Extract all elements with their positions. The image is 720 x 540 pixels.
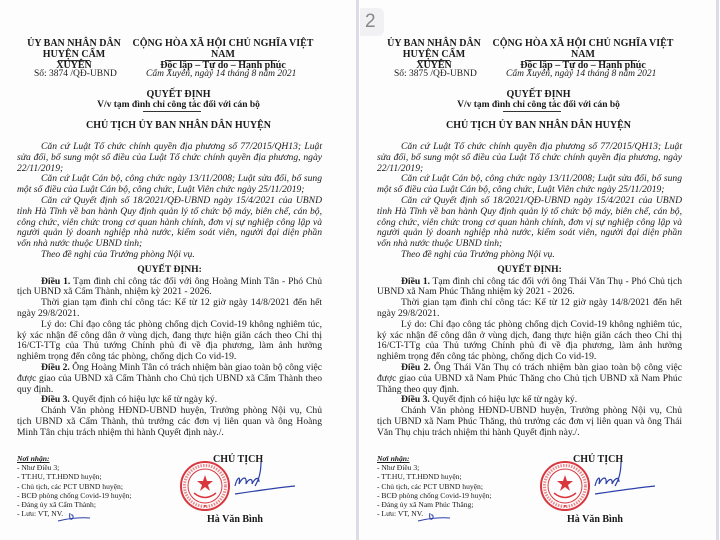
national-motto: CỘNG HÒA XÃ HỘI CHỦ NGHĨA VIỆT NAM Độc l… — [128, 38, 318, 71]
closing-paragraph: Chánh Văn phòng HĐND-UBND huyện, Trưởng … — [377, 406, 682, 438]
underline — [503, 111, 561, 112]
underline — [418, 60, 450, 61]
signer-name: Hà Văn Bình — [567, 514, 623, 525]
preamble-item: Căn cứ Quyết định số 18/2021/QĐ-UBND ngà… — [377, 196, 682, 250]
document-title: QUYẾT ĐỊNH — [360, 89, 717, 100]
preamble-item: Căn cứ Luật Tổ chức chính quyền địa phươ… — [377, 142, 682, 174]
issuing-agency: ỦY BAN NHÂN DÂN HUYỆN CẨM XUYÊN — [26, 38, 122, 71]
decision-document-3875: ỦY BAN NHÂN DÂN HUYỆN CẨM XUYÊN CỘNG HÒA… — [360, 0, 717, 540]
underline — [58, 60, 90, 61]
preamble-item: Căn cứ Luật Cán bộ, công chức ngày 13/11… — [17, 174, 322, 196]
article-1: Điều 1. Tạm đình chỉ công tác đối với ôn… — [17, 277, 322, 299]
document-body: Căn cứ Luật Tổ chức chính quyền địa phươ… — [377, 142, 682, 439]
article-1-reason: Lý do: Chỉ đạo công tác phòng chống dịch… — [17, 320, 322, 363]
page-divider — [356, 0, 359, 540]
preamble-item: Căn cứ Quyết định số 18/2021/QĐ-UBND ngà… — [17, 196, 322, 250]
preamble-item: Căn cứ Luật Tổ chức chính quyền địa phươ… — [17, 142, 322, 174]
article-1: Điều 1. Tạm đình chỉ công tác đối với ôn… — [377, 277, 682, 299]
issuing-authority: CHỦ TỊCH ỦY BAN NHÂN DÂN HUYỆN — [0, 120, 357, 131]
preamble-item: Căn cứ Luật Cán bộ, công chức ngày 13/11… — [377, 174, 682, 196]
decision-heading: QUYẾT ĐỊNH: — [377, 265, 682, 276]
document-number: Số: 3874 /QĐ-UBND — [34, 69, 117, 79]
article-1-period: Thời gian tạm đình chỉ công tác: Kể từ 1… — [377, 298, 682, 320]
issuing-agency: ỦY BAN NHÂN DÂN HUYỆN CẨM XUYÊN — [386, 38, 482, 71]
underline — [525, 60, 637, 61]
preamble-item: Theo đề nghị của Trưởng phòng Nội vụ. — [17, 250, 322, 261]
decision-heading: QUYẾT ĐỊNH: — [17, 265, 322, 276]
article-2: Điều 2. Ông Hoàng Minh Tân có trách nhiệ… — [17, 363, 322, 395]
scrollbar-track[interactable] — [716, 0, 719, 540]
document-subject: V/v tạm đình chỉ công tác đối với cán bộ — [0, 100, 357, 110]
signature-block: CHỦ TỊCH Hà Văn Bình — [535, 452, 645, 532]
document-title: QUYẾT ĐỊNH — [0, 89, 357, 100]
closing-paragraph: Chánh Văn phòng HĐND-UBND huyện, Trưởng … — [17, 406, 322, 438]
national-motto: CỘNG HÒA XÃ HỘI CHỦ NGHĨA VIỆT NAM Độc l… — [488, 38, 678, 71]
place-date: Cẩm Xuyên, ngày 14 tháng 8 năm 2021 — [146, 69, 296, 79]
article-1-reason: Lý do: Chỉ đạo công tác phòng chống dịch… — [377, 320, 682, 363]
signer-name: Hà Văn Bình — [207, 514, 263, 525]
underline — [143, 111, 201, 112]
recipients-list: Nơi nhận: - Như Điều 3; - TT.HU, TT.HĐND… — [17, 454, 132, 518]
initials-signature-icon — [56, 511, 92, 523]
handwritten-signature-icon — [575, 460, 655, 500]
initials-signature-icon — [416, 511, 452, 523]
article-1-period: Thời gian tạm đình chỉ công tác: Kể từ 1… — [17, 298, 322, 320]
preamble-item: Theo đề nghị của Trưởng phòng Nội vụ. — [377, 250, 682, 261]
handwritten-signature-icon — [215, 460, 295, 500]
signature-block: CHỦ TỊCH Hà Văn Bình — [175, 452, 285, 532]
issuing-authority: CHỦ TỊCH ỦY BAN NHÂN DÂN HUYỆN — [360, 120, 717, 131]
underline — [165, 60, 277, 61]
recipients-list: Nơi nhận: - Như Điều 3; - TT.HU, TT.HĐND… — [377, 454, 492, 518]
document-number: Số: 3875 /QĐ-UBND — [394, 69, 477, 79]
document-body: Căn cứ Luật Tổ chức chính quyền địa phươ… — [17, 142, 322, 439]
page-number-badge: 2 — [360, 8, 384, 36]
place-date: Cẩm Xuyên, ngày 14 tháng 8 năm 2021 — [506, 69, 656, 79]
document-subject: V/v tạm đình chỉ công tác đối với cán bộ — [360, 100, 717, 110]
decision-document-3874: ỦY BAN NHÂN DÂN HUYỆN CẨM XUYÊN CỘNG HÒA… — [0, 0, 357, 540]
article-2: Điều 2. Ông Thái Văn Thụ có trách nhiệm … — [377, 363, 682, 395]
